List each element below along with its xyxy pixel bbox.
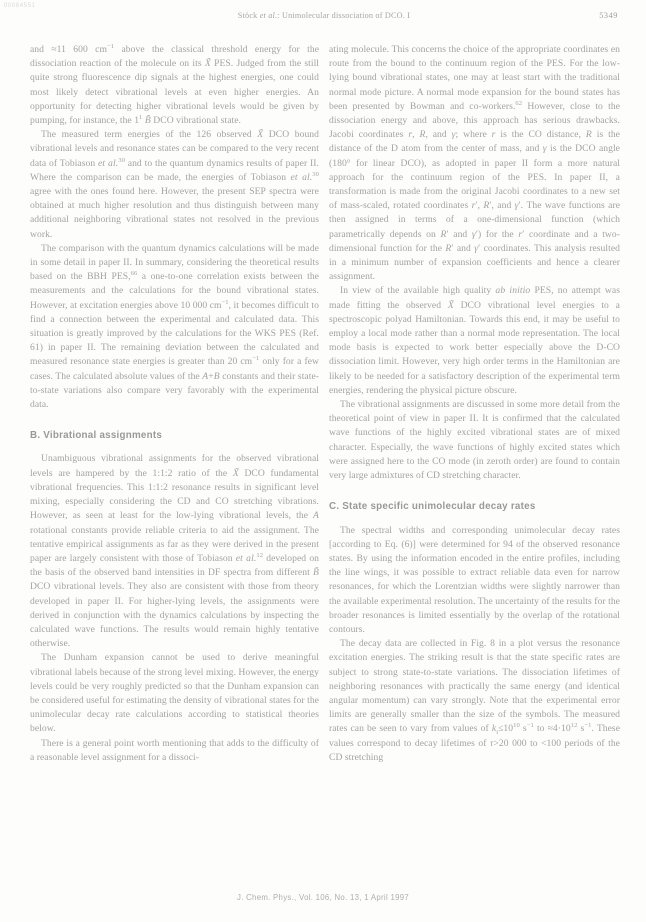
- journal-footer: J. Chem. Phys., Vol. 106, No. 13, 1 Apri…: [0, 893, 646, 902]
- scan-stamp: 00084551: [4, 3, 36, 9]
- paragraph: The decay data are collected in Fig. 8 i…: [329, 637, 620, 765]
- paragraph: The spectral widths and corresponding un…: [329, 524, 620, 638]
- section-heading: C. State specific unimolecular decay rat…: [329, 500, 620, 514]
- journal-page: 00084551 Stöck et al.: Unimolecular diss…: [0, 0, 646, 922]
- paragraph: The comparison with the quantum dynamics…: [30, 242, 319, 412]
- paragraph: The Dunham expansion cannot be used to d…: [30, 651, 319, 736]
- paragraph: Unambiguous vibrational assignments for …: [30, 452, 319, 651]
- paragraph: In view of the available high quality ab…: [329, 284, 620, 398]
- left-column: and ≈11 600 cm−1 above the classical thr…: [30, 43, 319, 765]
- paragraph: The measured term energies of the 126 ob…: [30, 128, 319, 242]
- section-heading: B. Vibrational assignments: [30, 429, 319, 443]
- paragraph: and ≈11 600 cm−1 above the classical thr…: [30, 43, 319, 128]
- right-column: ating molecule. This concerns the choice…: [329, 43, 620, 765]
- paragraph: ating molecule. This concerns the choice…: [329, 43, 620, 284]
- running-header: Stöck et al.: Unimolecular dissociation …: [30, 11, 618, 23]
- paragraph: There is a general point worth mentionin…: [30, 737, 319, 765]
- paragraph: The vibrational assignments are discusse…: [329, 398, 620, 483]
- page-number: 5349: [599, 11, 618, 20]
- header-title: Stöck et al.: Unimolecular dissociation …: [30, 11, 618, 20]
